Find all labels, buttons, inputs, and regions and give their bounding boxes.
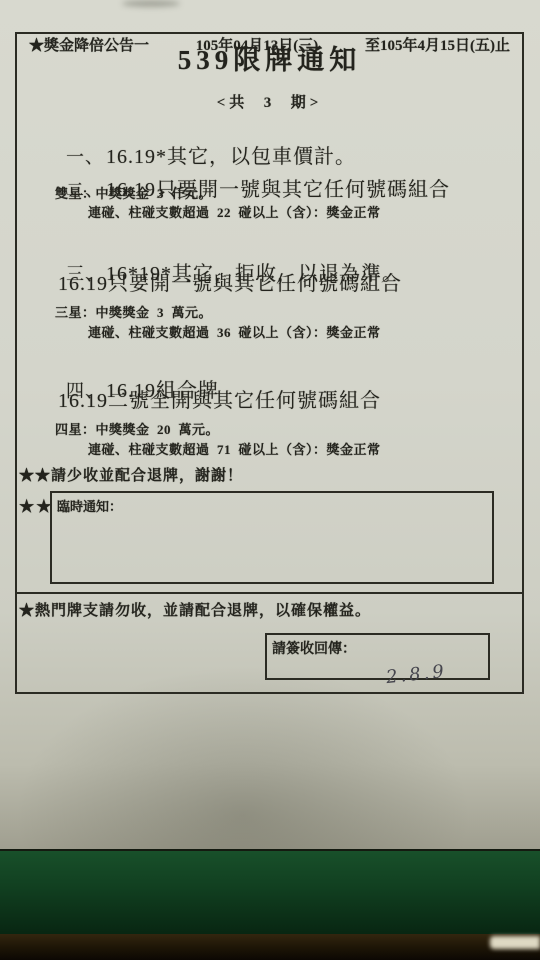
section-4-bump-rule: 連碰、柱碰支數超過 71 碰以上（含）：獎金正常 [88, 439, 381, 458]
notice-frame: 539限牌通知 ★獎金降倍公告一 105年04月13日(三) 至105年4月15… [15, 32, 524, 694]
table-edge [0, 934, 540, 960]
sign-return-label: 請簽收回傳： [272, 638, 356, 658]
photo-of-notice: 539限牌通知 ★獎金降倍公告一 105年04月13日(三) 至105年4月15… [0, 0, 540, 960]
reminder-line: ★★請少收並配合退牌，謝謝！ [19, 464, 243, 485]
temp-notice-box: 臨時通知： [50, 491, 494, 584]
section-4-prize: 四星：中獎獎金 20 萬元。 [55, 419, 219, 438]
temp-notice-label: 臨時通知： [57, 496, 122, 515]
temp-notice-stars: ★★ [19, 497, 53, 517]
table-edge-highlight [490, 936, 540, 949]
paper-sheet: 539限牌通知 ★獎金降倍公告一 105年04月13日(三) 至105年4月15… [0, 0, 540, 849]
section-3-prize: 三星：中獎獎金 3 萬元。 [55, 302, 212, 321]
notice-title: 539限牌通知 [17, 38, 522, 77]
paper-smudge [122, 0, 180, 7]
section-3-text-2: 16.19只要開一號與其它任何號碼組合 [58, 267, 520, 296]
footer-warning: ★熱門牌支請勿收，並請配合退牌，以確保權益。 [19, 599, 371, 620]
footer-divider [17, 592, 522, 594]
section-3-bump-rule: 連碰、柱碰支數超過 36 碰以上（含）：獎金正常 [88, 322, 381, 341]
table-surface [0, 849, 540, 934]
sign-return-box: 請簽收回傳： [265, 633, 490, 680]
section-2-bump-rule: 連碰、柱碰支數超過 22 碰以上（含）：獎金正常 [88, 202, 381, 221]
period-count: <共 3 期> [17, 91, 522, 112]
section-2-prize: 雙星：中獎獎金 3 仟元。 [55, 183, 212, 202]
section-4-text-2: 16.19二號全開與其它任何號碼組合 [58, 384, 520, 413]
